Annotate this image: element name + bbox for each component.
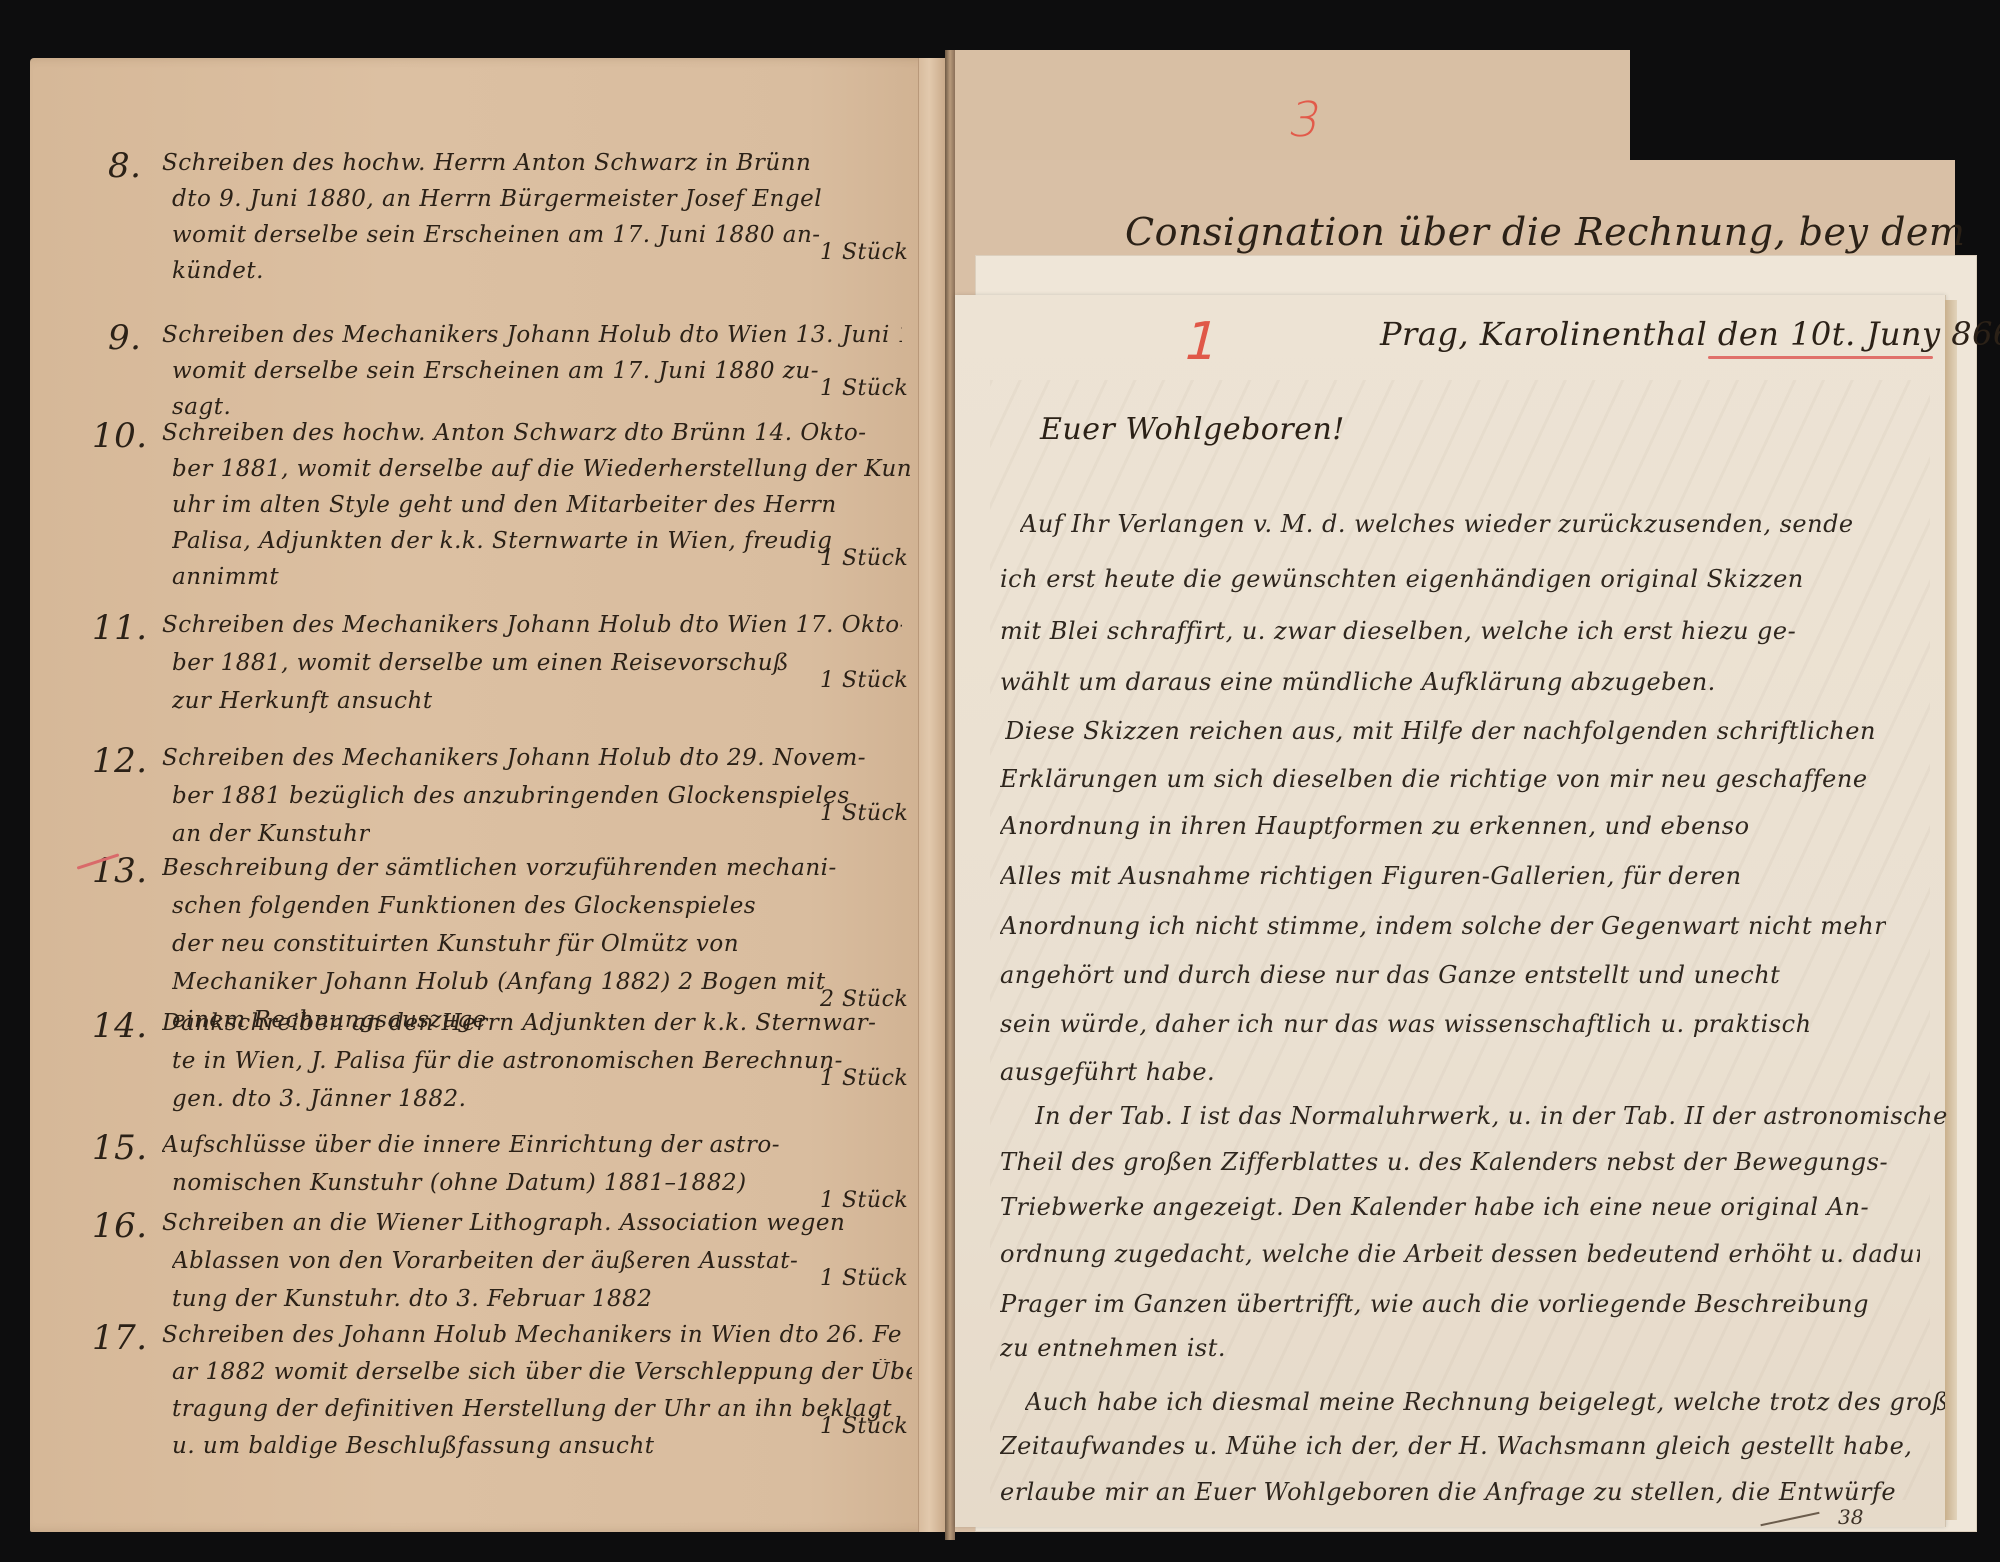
entry-line: Schreiben des Mechanikers Johann Holub d… <box>162 745 866 771</box>
entry-line: gen. dto 3. Jänner 1882. <box>172 1086 466 1112</box>
letter-line: Alles mit Ausnahme richtigen Figuren-Gal… <box>1000 862 1742 890</box>
entry-line: nomischen Kunstuhr (ohne Datum) 1881–188… <box>172 1170 747 1196</box>
entry-line: Schreiben des hochw. Anton Schwarz dto B… <box>162 420 866 446</box>
page-gutter-edge <box>918 58 945 1532</box>
entry-line: annimmt <box>172 564 279 590</box>
entry-quantity: 2 Stück <box>820 987 908 1012</box>
entry-line: kündet. <box>172 258 264 284</box>
letter-line: Anordnung in ihren Hauptformen zu erkenn… <box>1000 812 1750 840</box>
red-date-underline <box>1708 356 1933 359</box>
entry-line: te in Wien, J. Palisa für die astronomis… <box>172 1048 843 1074</box>
letter-line: Erklärungen um sich dieselben die richti… <box>1000 765 1868 793</box>
entry-line: tragung der definitiven Herstellung der … <box>172 1396 892 1422</box>
letter-line: Auf Ihr Verlangen v. M. d. welches wiede… <box>1020 510 1854 538</box>
letter-salutation: Euer Wohlgeboren! <box>1040 412 1345 447</box>
letter-line: Anordnung ich nicht stimme, indem solche… <box>1000 912 1886 940</box>
entry-line: womit derselbe sein Erscheinen am 17. Ju… <box>172 222 821 248</box>
entry-quantity: 1 Stück <box>820 1266 908 1291</box>
letter-line: wählt um daraus eine mündliche Aufklärun… <box>1000 668 1716 696</box>
entry-line: ber 1881, womit derselbe auf die Wiederh… <box>172 456 912 482</box>
entry-line: Aufschlüsse über die innere Einrichtung … <box>162 1132 780 1158</box>
letter-line: Theil des großen Zifferblattes u. des Ka… <box>1000 1148 1888 1176</box>
letter-line: In der Tab. I ist das Normaluhrwerk, u. … <box>1035 1102 1948 1130</box>
entry-quantity: 1 Stück <box>820 240 908 265</box>
letter-line: angehört und durch diese nur das Ganze e… <box>1000 961 1780 989</box>
entry-number: 11. <box>92 608 148 648</box>
letter-line: ordnung zugedacht, welche die Arbeit des… <box>1000 1240 1920 1268</box>
entry-number: 10. <box>92 416 148 456</box>
letter-line: Diese Skizzen reichen aus, mit Hilfe der… <box>1005 717 1876 745</box>
entry-line: an der Kunstuhr <box>172 821 370 847</box>
entry-number: 12. <box>92 741 148 781</box>
entry-line: ber 1881 bezüglich des anzubringenden Gl… <box>172 783 850 809</box>
entry-line: u. um baldige Beschlußfassung ansucht <box>172 1433 655 1459</box>
letter-line: erlaube mir an Euer Wohlgeboren die Anfr… <box>1000 1478 1896 1506</box>
page-number: 38 <box>1838 1505 1863 1529</box>
entry-line: uhr im alten Style geht und den Mitarbei… <box>172 492 837 518</box>
entry-line: sagt. <box>172 394 231 420</box>
letter-line: mit Blei schraffirt, u. zwar dieselben, … <box>1000 617 1796 645</box>
entry-quantity: 1 Stück <box>820 376 908 401</box>
entry-quantity: 1 Stück <box>820 801 908 826</box>
letter-line: zu entnehmen ist. <box>1000 1334 1226 1362</box>
entry-line: zur Herkunft ansucht <box>172 688 433 714</box>
entry-line: ber 1881, womit derselbe um einen Reisev… <box>172 650 789 676</box>
entry-line: Ablassen von den Vorarbeiten der äußeren… <box>172 1248 798 1274</box>
entry-line: schen folgenden Funktionen des Glockensp… <box>172 893 756 919</box>
letter-line: Triebwerke angezeigt. Den Kalender habe … <box>1000 1193 1869 1221</box>
entry-number: 16. <box>92 1206 148 1246</box>
entry-line: Dankschreiben an den Herrn Adjunkten der… <box>162 1010 876 1036</box>
entry-quantity: 1 Stück <box>820 1414 908 1439</box>
entry-quantity: 1 Stück <box>820 668 908 693</box>
letter-line: Zeitaufwandes u. Mühe ich der, der H. Wa… <box>1000 1432 1920 1460</box>
entry-number: 9. <box>108 318 141 358</box>
entry-number: 15. <box>92 1128 148 1168</box>
entry-line: Palisa, Adjunkten der k.k. Sternwarte in… <box>172 528 832 554</box>
entry-line: Schreiben des Mechanikers Johann Holub d… <box>162 612 902 638</box>
entry-number: 13. <box>92 851 148 891</box>
entry-quantity: 1 Stück <box>820 1066 908 1091</box>
entry-line: Schreiben des hochw. Herrn Anton Schwarz… <box>162 150 811 176</box>
entry-line: Beschreibung der sämtlichen vorzuführend… <box>162 855 837 881</box>
letter-line: Prager im Ganzen übertrifft, wie auch di… <box>1000 1290 1869 1318</box>
entry-line: Mechaniker Johann Holub (Anfang 1882) 2 … <box>172 969 826 995</box>
letter-stack-edge <box>1945 300 1957 1520</box>
entry-line: Schreiben des Johann Holub Mechanikers i… <box>162 1322 902 1348</box>
letter-line: Auch habe ich diesmal meine Rechnung bei… <box>1025 1388 1945 1416</box>
entry-quantity: 1 Stück <box>820 546 908 571</box>
letter-line: ich erst heute die gewünschten eigenhänd… <box>1000 565 1804 593</box>
entry-number: 8. <box>108 146 141 186</box>
entry-line: ar 1882 womit derselbe sich über die Ver… <box>172 1359 912 1385</box>
entry-line: Schreiben des Mechanikers Johann Holub d… <box>162 322 902 348</box>
letter-place-date: Prag, Karolinenthal den 10t. Juny 866. <box>1380 315 2000 353</box>
entry-line: womit derselbe sein Erscheinen am 17. Ju… <box>172 358 819 384</box>
entry-line: der neu constituirten Kunstuhr für Olmüt… <box>172 931 739 957</box>
letter-line: ausgeführt habe. <box>1000 1058 1215 1086</box>
consignation-heading: Consignation über die Rechnung, bey dem <box>1125 210 1965 254</box>
entry-line: tung der Kunstuhr. dto 3. Februar 1882 <box>172 1286 652 1312</box>
entry-number: 14. <box>92 1006 148 1046</box>
letter-line: sein würde, daher ich nur das was wissen… <box>1000 1010 1812 1038</box>
book-spine <box>945 50 955 1540</box>
entry-number: 17. <box>92 1318 148 1358</box>
entry-line: Schreiben an die Wiener Lithograph. Asso… <box>162 1210 845 1236</box>
entry-line: dto 9. Juni 1880, an Herrn Bürgermeister… <box>172 186 822 212</box>
